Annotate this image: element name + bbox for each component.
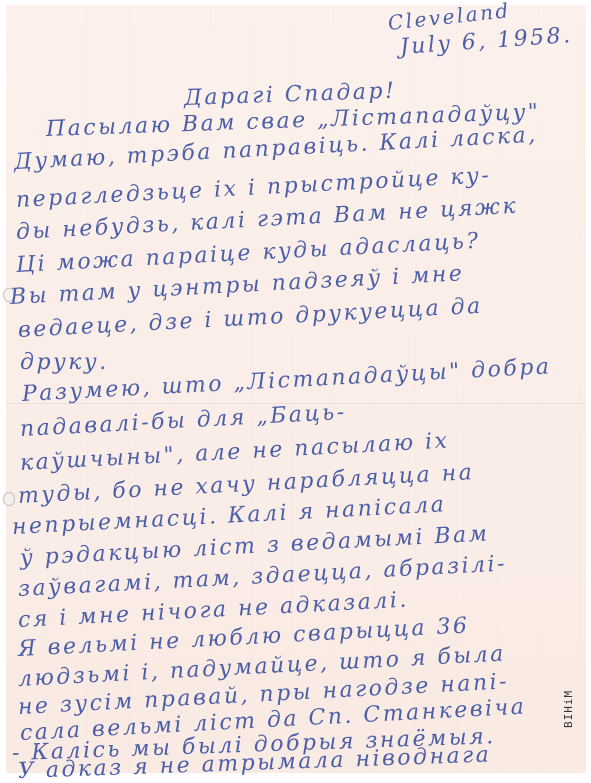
letter-line: друку. — [20, 350, 109, 375]
archive-watermark: BIHiM — [562, 690, 575, 728]
letter-page: Cleveland July 6, 1958. Дарагі Спадар! П… — [6, 5, 586, 773]
punch-hole — [3, 492, 15, 506]
